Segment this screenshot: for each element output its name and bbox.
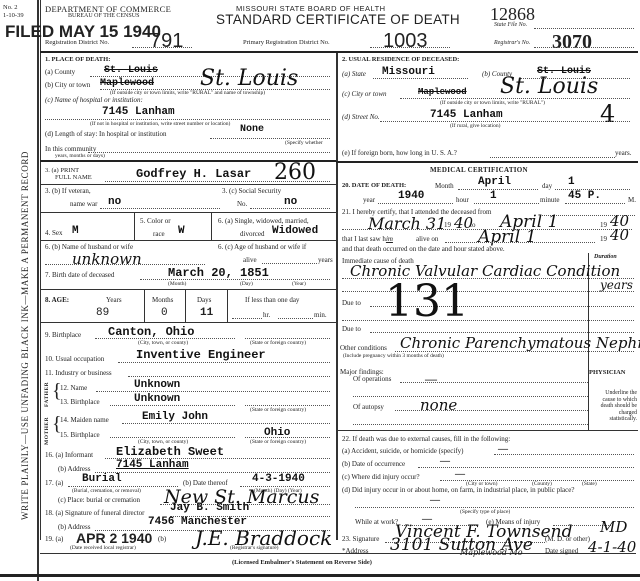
last-saw-label: that I last saw him xyxy=(342,236,393,243)
last-saw-mark: im xyxy=(386,235,393,243)
dots xyxy=(353,396,588,397)
date-signed-label: Date signed xyxy=(545,548,578,555)
city-label: (b) City or town xyxy=(45,82,90,89)
years-label: years xyxy=(318,257,333,264)
age-less-label: If less than one day xyxy=(245,297,299,304)
divider xyxy=(40,240,336,241)
full-name-label-a: 3. (a) PRINT xyxy=(45,167,92,174)
dots xyxy=(380,121,630,122)
res-state-label: (a) State xyxy=(342,71,366,78)
year-prefix-3: 19 xyxy=(600,236,607,243)
res-city-handwritten: St. Louis xyxy=(500,74,598,99)
dots xyxy=(400,98,630,99)
bp-state-note: (State or foreign country) xyxy=(250,340,306,346)
dots xyxy=(250,208,330,209)
dots xyxy=(278,318,313,319)
physician-divider xyxy=(588,350,589,430)
father-state-note: (State or foreign country) xyxy=(250,407,306,413)
year-prefix-2: 19 xyxy=(600,222,607,229)
ss-value: no xyxy=(284,196,297,208)
accident-label: (a) Accident, suicide, or homicide (spec… xyxy=(342,448,463,455)
address-label: *Address xyxy=(342,548,368,555)
community-note: years, months or days) xyxy=(55,153,105,159)
dots xyxy=(395,351,634,352)
alive-on-year: 40 xyxy=(610,226,629,244)
divider xyxy=(40,289,336,290)
dots xyxy=(353,424,588,425)
other-conditions-value: Chronic Parenchymatous Nephritis xyxy=(400,334,640,352)
sex-label: 4. Sex xyxy=(45,230,63,237)
ss-label: 3. (c) Social Security xyxy=(222,188,281,195)
divider xyxy=(40,212,336,213)
physician-note: Underline the cause to which death shoul… xyxy=(591,390,637,423)
dots xyxy=(118,362,330,363)
father-name-value: Unknown xyxy=(134,379,180,391)
left-border xyxy=(37,0,39,581)
color-label: 5. Color or xyxy=(140,218,171,225)
year-label: year xyxy=(363,197,375,204)
dots xyxy=(355,507,634,508)
dots xyxy=(132,47,192,48)
hr-label: hr. xyxy=(263,312,270,319)
city-typed: Maplewood xyxy=(100,78,154,89)
hospital-label: (c) Name of hospital or institution: xyxy=(45,97,143,104)
mother-bp-label: 15. Birthplace xyxy=(60,432,100,439)
informant-value: Elizabeth Sweet xyxy=(116,445,224,459)
birth-value: March 20, 1851 xyxy=(168,266,269,280)
month-value: April xyxy=(478,176,511,188)
occupation-value: Inventive Engineer xyxy=(136,348,266,362)
informant-label: 16. (a) Informant xyxy=(45,452,93,459)
res-street-label: (d) Street No. xyxy=(342,114,380,121)
dots xyxy=(565,203,625,204)
registrar-note: (Registrar's signature) xyxy=(230,545,279,551)
dots xyxy=(395,410,588,411)
dots xyxy=(262,263,317,264)
hospital-note: (If not in hospital or institution, writ… xyxy=(90,121,230,127)
dots xyxy=(45,264,205,265)
dots xyxy=(122,423,330,424)
father-bp-value: Unknown xyxy=(134,393,180,405)
dots xyxy=(140,279,330,280)
sex-value: M xyxy=(72,225,79,237)
place-label: (c) Place: burial or cremation xyxy=(58,497,140,504)
due-to-label-1: Due to xyxy=(342,300,361,307)
min-label: min. xyxy=(314,312,327,319)
birthplace-value: Canton, Ohio xyxy=(108,325,194,339)
autopsy-label: Of autopsy xyxy=(353,404,384,411)
year-prefix-1: 19 xyxy=(444,222,451,229)
spouse-age-label: 6. (c) Age of husband or wife if xyxy=(218,244,306,251)
res-street-value: 7145 Lanham xyxy=(430,109,503,121)
industry-label: 11. Industry or business xyxy=(45,370,112,377)
dots xyxy=(418,467,634,468)
hour-value: 1 xyxy=(490,190,497,202)
age-label: 8. AGE: xyxy=(45,297,69,304)
physician-heading: PHYSICIAN xyxy=(589,370,625,377)
form-number: No. 2 1-10-39 xyxy=(3,4,24,20)
birth-label: 7. Birth date of deceased xyxy=(45,272,114,279)
dots xyxy=(68,486,178,487)
where-dash: — xyxy=(455,469,465,480)
full-name-label-b: FULL NAME xyxy=(45,174,92,181)
dots xyxy=(105,181,330,182)
dots xyxy=(110,437,235,438)
dots xyxy=(490,157,615,158)
dots xyxy=(232,318,262,319)
bp-city-note: (City, town, or county) xyxy=(138,340,188,346)
hospital-value: 7145 Lanham xyxy=(102,106,175,118)
operations-value: — xyxy=(425,372,437,387)
disposal-label: 17. (a) xyxy=(45,480,63,487)
external-heading: 22. If death was due to external causes,… xyxy=(342,436,510,443)
page-title: STANDARD CERTIFICATE OF DEATH xyxy=(216,12,460,27)
father-bp-label: 13. Birthplace xyxy=(60,399,100,406)
bureau-title: BUREAU OF THE CENSUS xyxy=(68,13,139,19)
cell-divider xyxy=(134,212,135,240)
received-stamp: APR 2 1940 xyxy=(76,530,152,546)
cause-code-mark: 131 xyxy=(385,280,469,324)
dots xyxy=(100,208,220,209)
dots xyxy=(534,28,634,29)
minute-value: 45 P. xyxy=(568,190,601,202)
divider xyxy=(40,184,336,185)
age-months-label: Months xyxy=(152,297,173,304)
marital-value: Widowed xyxy=(272,225,318,237)
to-label: to xyxy=(470,222,475,229)
day-label: day xyxy=(542,183,552,190)
date-thereof-value: 4-3-1940 xyxy=(252,473,305,485)
war-label: name war xyxy=(70,201,97,208)
age-days-label: Days xyxy=(197,297,211,304)
primary-reg-no: 1003 xyxy=(383,30,428,53)
place-type-note: (Specify type of place) xyxy=(460,509,510,515)
md-value: MD xyxy=(600,518,627,536)
dots xyxy=(245,437,330,438)
mother-name-value: Emily John xyxy=(142,411,208,423)
year-value: 1940 xyxy=(398,190,424,202)
ss-no-label: No. xyxy=(237,201,247,208)
stay-label: (d) Length of stay: In hospital or insti… xyxy=(45,131,167,138)
dots xyxy=(110,405,235,406)
veteran-label: 3. (b) If veteran, xyxy=(45,188,91,195)
reg-district-label: Registration District No. xyxy=(45,40,109,47)
birth-month-note: (Month) xyxy=(168,281,186,287)
res-city-typed: Maplewood xyxy=(418,87,467,97)
where-label: (c) Where did injury occur? xyxy=(342,474,420,481)
work-label: While at work? xyxy=(355,519,398,526)
where-state-note: (State) xyxy=(582,481,597,487)
cell-divider xyxy=(185,289,186,322)
registrar-sig-label: (b) xyxy=(158,536,166,543)
director-label: 18. (a) Signature of funeral director xyxy=(45,510,145,517)
war-value: no xyxy=(108,196,121,208)
foreign-unit: years. xyxy=(615,150,632,157)
city-handwritten: St. Louis xyxy=(200,66,298,91)
birthplace-label: 9. Birthplace xyxy=(45,332,81,339)
disposal-value: Burial xyxy=(82,473,122,485)
inf-address-label: (b) Address xyxy=(58,466,90,473)
side-instruction: WRITE PLAINLY—USE UNFADING BLACK INK—MAK… xyxy=(20,151,30,520)
alive-label: alive xyxy=(243,257,257,264)
dots xyxy=(128,376,330,377)
divorced-label: divorced xyxy=(240,231,265,238)
marital-label: 6. (a) Single, widowed, married, xyxy=(218,218,309,225)
dod-label: 20. DATE OF DEATH: xyxy=(342,183,406,190)
director-value: Jay B. Smith xyxy=(170,502,249,514)
full-name-label: 3. (a) PRINT FULL NAME xyxy=(45,167,92,181)
hour-label: hour xyxy=(456,197,469,204)
stay-note: (Specify whether xyxy=(285,140,323,146)
column-divider xyxy=(336,53,338,540)
race-label: race xyxy=(153,231,165,238)
header-divider xyxy=(40,51,638,53)
age-months: 0 xyxy=(161,307,168,319)
res-city-note: (If outside city or town limits, write "… xyxy=(440,100,545,106)
state-file-label: State File No. xyxy=(494,22,527,28)
received-note: (Date received local registrar) xyxy=(70,545,136,551)
res-state-value: Missouri xyxy=(382,66,435,78)
cell-divider xyxy=(144,289,145,322)
dots xyxy=(534,47,634,48)
mother-side-label: MOTHER xyxy=(44,417,50,445)
dots xyxy=(474,203,539,204)
dots xyxy=(445,242,595,243)
dots xyxy=(245,405,330,406)
father-side-label: FATHER xyxy=(44,382,50,407)
disposal-note: (Burial, cremation, or removal) xyxy=(72,488,141,494)
last-saw-text: that I last saw h xyxy=(342,235,386,243)
divider xyxy=(40,322,336,323)
received-label: 19. (a) xyxy=(45,536,63,543)
medical-heading: MEDICAL CERTIFICATION xyxy=(430,167,528,174)
day-value: 1 xyxy=(568,176,575,188)
occupation-label: 10. Usual occupation xyxy=(45,356,104,363)
physician-address-city: Maplewood Mo xyxy=(460,548,523,557)
birth-year-note: (Year) xyxy=(292,281,306,287)
res-street-note: (If rural, give location) xyxy=(450,123,500,129)
section-divider xyxy=(336,161,638,163)
form-date: 1-10-39 xyxy=(3,12,24,20)
cell-divider xyxy=(227,289,228,322)
divider xyxy=(336,430,638,431)
dots xyxy=(96,391,330,392)
age-days: 11 xyxy=(200,307,213,319)
race-value: W xyxy=(178,225,185,237)
month-label: Month xyxy=(435,183,454,190)
home-dash: — xyxy=(430,495,440,506)
dots xyxy=(370,332,634,333)
place-of-death-heading: 1. PLACE OF DEATH: xyxy=(45,57,110,64)
date-signed-value: 4-1-40 xyxy=(588,538,636,556)
dots xyxy=(88,152,330,153)
m-label: M. xyxy=(628,197,636,204)
father-name-label: 12. Name xyxy=(60,385,87,392)
residence-heading: 2. USUAL RESIDENCE OF DECEASED: xyxy=(342,57,459,64)
md-label: (M. D. or other) xyxy=(545,536,590,543)
bottom-border xyxy=(0,574,640,577)
occurrence-dash: — xyxy=(440,456,450,467)
dots xyxy=(494,454,634,455)
due-to-label-2: Due to xyxy=(342,326,361,333)
registrar-label: Registrar's No. xyxy=(494,40,530,46)
dots xyxy=(45,119,330,120)
dots xyxy=(373,78,468,79)
mother-state-note: (State or foreign country) xyxy=(250,439,306,445)
form-no: No. 2 xyxy=(3,4,24,12)
alive-on-label: alive on xyxy=(416,236,438,243)
age-years: 89 xyxy=(96,307,109,319)
dots xyxy=(458,189,538,190)
operations-label: Of operations xyxy=(353,376,391,383)
dots xyxy=(210,138,330,139)
signature-label: 23. Signature xyxy=(342,536,379,543)
res-city-label: (c) City or town xyxy=(342,91,387,98)
foreign-label: (e) If foreign born, how long in U. S. A… xyxy=(342,150,457,157)
home-label: (d) Did injury occur in or about home, o… xyxy=(342,487,575,494)
county-label: (a) County xyxy=(45,69,75,76)
dots xyxy=(378,203,453,204)
attended-from: March 31 xyxy=(368,214,446,233)
occurred-label: and that death occurred on the date and … xyxy=(342,246,505,253)
cell-divider xyxy=(211,212,212,240)
county-value: St. Louis xyxy=(104,65,158,76)
hospital-text: 7145 Lanham xyxy=(102,106,175,118)
primary-reg-label: Primary Registration District No. xyxy=(243,40,330,47)
birth-day-note: (Day) xyxy=(240,281,253,287)
alive-on-value: April 1 xyxy=(478,227,536,247)
spouse-value: unknown xyxy=(72,250,142,268)
duration-value: years xyxy=(600,278,633,292)
mother-name-label: 14. Maiden name xyxy=(60,417,109,424)
reg-district-no: 791 xyxy=(150,30,183,53)
occurrence-label: (b) Date of occurrence xyxy=(342,461,405,468)
left-border-inner xyxy=(40,0,41,540)
stay-value: None xyxy=(240,124,264,135)
other-label: Other conditions xyxy=(340,345,387,352)
autopsy-value: none xyxy=(420,396,457,414)
other-note: (Include pregnancy within 3 months of de… xyxy=(343,353,444,359)
minute-label: minute xyxy=(540,197,559,204)
full-name-value: Godfrey H. Lasar xyxy=(136,167,251,181)
inf-address-value: 7145 Lanham xyxy=(116,459,189,471)
embalmer-note: (Licensed Embalmer's Statement on Revers… xyxy=(232,560,372,567)
age-years-label: Years xyxy=(106,297,122,304)
dots xyxy=(400,382,588,383)
dots xyxy=(95,338,235,339)
res-street-mark: 4 xyxy=(600,100,615,128)
dots xyxy=(370,47,450,48)
dots xyxy=(245,338,330,339)
duration-label: Duration xyxy=(594,254,617,260)
